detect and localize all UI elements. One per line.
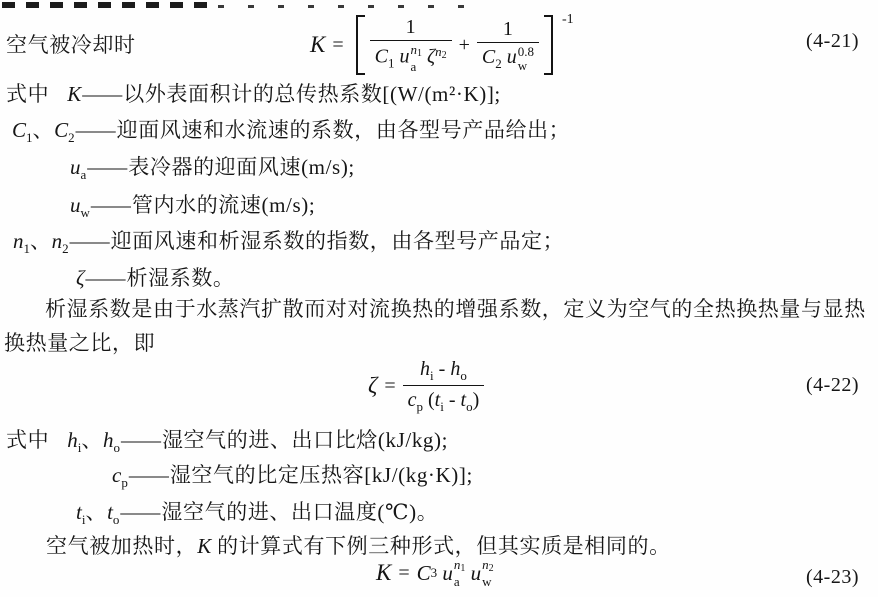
- clipped-text-remnants-right: [218, 5, 473, 8]
- definition-ua: ua——表冷器的迎面风速(m/s);: [70, 154, 355, 183]
- eq421-lhs: K: [310, 32, 325, 58]
- enumeration-comma: 、: [33, 118, 55, 142]
- sub-2: 2: [495, 56, 502, 71]
- sup-n-sub: 1: [417, 48, 422, 59]
- sub-a: a: [454, 575, 466, 589]
- var-u: u: [471, 561, 482, 586]
- numerator: 1: [404, 16, 418, 40]
- paragraph-line-1: 析湿系数是由于水蒸汽扩散而对对流换热的增强系数，定义为空气的全热换热量与显热: [45, 296, 866, 322]
- denominator: cp (ti - to): [403, 385, 485, 415]
- sub-o: o: [460, 368, 467, 383]
- sup-n-sub: 2: [489, 563, 494, 574]
- sub-w: w: [482, 575, 494, 589]
- var-C: C: [482, 46, 495, 68]
- sub-o: o: [113, 440, 120, 455]
- equation-4-22: ζ = hi - ho cp (ti - to): [368, 358, 484, 415]
- eq421-fraction-2: 1 C2 u0.8w: [477, 18, 539, 72]
- var-h: h: [67, 428, 78, 452]
- sub-i: i: [440, 399, 444, 414]
- where-clause-1: 式中K——以外表面积计的总传热系数[(W/(m²·K)];: [6, 81, 501, 107]
- enumeration-comma: 、: [81, 428, 103, 452]
- em-dash: ——: [86, 266, 124, 290]
- var-u: u: [70, 155, 81, 179]
- exponent-minus-1: -1: [562, 12, 574, 28]
- sup-n-sub: 2: [442, 50, 447, 61]
- definition-c1-c2: C1、C2——迎面风速和水流速的系数，由各型号产品给出；: [12, 117, 570, 146]
- var-h: h: [450, 358, 460, 380]
- var-u: u: [442, 561, 453, 586]
- equals-sign: =: [332, 34, 343, 57]
- equals-sign: =: [384, 375, 395, 398]
- em-dash: ——: [82, 82, 120, 106]
- var-u: u: [399, 46, 409, 68]
- minus-sign: -: [439, 358, 446, 380]
- var-C: C: [54, 118, 68, 142]
- em-dash: ——: [70, 229, 108, 253]
- definition-uw: uw——管内水的流速(m/s);: [70, 192, 315, 221]
- var-C: C: [375, 46, 388, 68]
- em-dash: ——: [129, 463, 167, 487]
- sub-p: p: [121, 475, 128, 490]
- definition-text: 迎面风速和水流速的系数，由各型号产品给出；: [117, 118, 571, 142]
- intro-label: 空气被冷却时: [6, 32, 136, 58]
- definition-text: 湿空气的比定压热容[kJ/(kg·K)];: [170, 463, 473, 487]
- plus-sign: +: [459, 34, 470, 57]
- sub-2: 2: [68, 130, 75, 145]
- eq422-fraction: hi - ho cp (ti - to): [403, 358, 485, 415]
- sup-n2: n2: [435, 44, 447, 59]
- em-dash: ——: [87, 155, 125, 179]
- em-dash: ——: [76, 118, 114, 142]
- paragraph-text: 换热量之比，即: [4, 331, 155, 355]
- supsub-stack: n2w: [482, 558, 494, 588]
- definition-n1-n2: n1、n2——迎面风速和析湿系数的指数，由各型号产品定；: [13, 228, 564, 257]
- closing-text-post: 的计算式有下例三种形式，但其实质是相同的。: [211, 534, 670, 558]
- sub-a: a: [81, 167, 87, 182]
- var-h: h: [420, 358, 430, 380]
- definition-cp: cp——湿空气的比定压热容[kJ/(kg·K)];: [112, 462, 473, 491]
- paragraph-line-2: 换热量之比，即: [4, 330, 155, 356]
- definition-text: 管内水的流速(m/s);: [132, 193, 315, 217]
- document-page: 空气被冷却时 K = 1 C1 un1a ζn2 + 1 C2 u0.8w -1…: [0, 0, 878, 597]
- sup-n1: n1: [410, 43, 422, 60]
- supsub-stack: n1a: [454, 558, 466, 588]
- eq422-lhs-zeta: ζ: [368, 373, 377, 399]
- em-dash: ——: [121, 428, 159, 452]
- var-c: c: [112, 463, 121, 487]
- definition-text: 表冷器的迎面风速(m/s);: [128, 155, 355, 179]
- closing-text-pre: 空气被加热时，: [46, 534, 197, 558]
- where-label: 式中: [6, 428, 49, 452]
- sub-i: i: [430, 368, 434, 383]
- eq423-lhs: K: [376, 560, 391, 586]
- left-bracket: [356, 15, 365, 75]
- var-C: C: [12, 118, 26, 142]
- var-zeta: ζ: [427, 46, 435, 68]
- closing-sentence: 空气被加热时，K 的计算式有下例三种形式，但其实质是相同的。: [46, 533, 671, 559]
- sub-o: o: [113, 512, 120, 527]
- equation-number-4-22: (4-22): [806, 374, 859, 397]
- definition-zeta: ζ——析湿系数。: [76, 265, 235, 291]
- denominator: C1 un1a ζn2: [370, 40, 452, 73]
- where-clause-2: 式中hi、ho——湿空气的进、出口比焓(kJ/kg);: [6, 427, 448, 456]
- var-zeta: ζ: [76, 266, 85, 290]
- sub-w: w: [518, 59, 534, 73]
- sub-w: w: [81, 205, 90, 220]
- em-dash: ——: [120, 500, 158, 524]
- em-dash: ——: [91, 193, 129, 217]
- eq421-fraction-1: 1 C1 un1a ζn2: [370, 16, 452, 73]
- enumeration-comma: 、: [85, 500, 107, 524]
- sup-n1: n1: [454, 558, 466, 575]
- sub-1: 1: [388, 56, 395, 71]
- sup-n-sub: 1: [460, 563, 465, 574]
- numerator: hi - ho: [418, 358, 469, 385]
- var-h: h: [103, 428, 114, 452]
- clipped-text-remnants-left: [2, 2, 212, 8]
- definition-text: 以外表面积计的总传热系数[(W/(m²·K)];: [123, 82, 501, 106]
- definition-text: 析湿系数。: [127, 266, 235, 290]
- sup-0-8: 0.8: [518, 45, 534, 59]
- minus-sign: -: [449, 389, 456, 411]
- numerator: 1: [501, 18, 515, 42]
- var-n: n: [52, 229, 63, 253]
- sub-2: 2: [62, 241, 69, 256]
- supsub-stack: n1a: [410, 43, 422, 73]
- var-u: u: [507, 46, 517, 68]
- definition-text: 湿空气的进、出口比焓(kJ/kg);: [162, 428, 448, 452]
- equals-sign: =: [398, 562, 409, 585]
- definition-text: 迎面风速和析湿系数的指数，由各型号产品定；: [111, 229, 565, 253]
- enumeration-comma: 、: [30, 229, 52, 253]
- right-paren: ): [473, 389, 480, 411]
- var-C: C: [417, 561, 431, 586]
- var-n: n: [13, 229, 24, 253]
- left-paren: (: [428, 389, 435, 411]
- equation-4-23: K = C3 un1a un2w: [376, 558, 494, 588]
- var-K: K: [197, 534, 211, 558]
- equation-number-4-21: (4-21): [806, 30, 859, 53]
- sub-a: a: [410, 60, 422, 74]
- denominator: C2 u0.8w: [477, 42, 539, 72]
- right-bracket: [544, 15, 553, 75]
- equation-number-4-23: (4-23): [806, 566, 859, 589]
- definition-t: ti、to——湿空气的进、出口温度(℃)。: [76, 499, 438, 528]
- supsub-stack: 0.8w: [518, 45, 534, 72]
- definition-text: 湿空气的进、出口温度(℃)。: [161, 500, 438, 524]
- sub-p: p: [416, 399, 423, 414]
- sup-n2: n2: [482, 558, 494, 575]
- sub-3: 3: [431, 565, 438, 581]
- paragraph-text: 析湿系数是由于水蒸汽扩散而对对流换热的增强系数，定义为空气的全热换热量与显热: [45, 297, 866, 321]
- var-K: K: [67, 82, 81, 106]
- var-u: u: [70, 193, 81, 217]
- intro-label-text: 空气被冷却时: [6, 33, 136, 57]
- equation-4-21: K = 1 C1 un1a ζn2 + 1 C2 u0.8w -1: [310, 15, 574, 75]
- where-label: 式中: [6, 82, 49, 106]
